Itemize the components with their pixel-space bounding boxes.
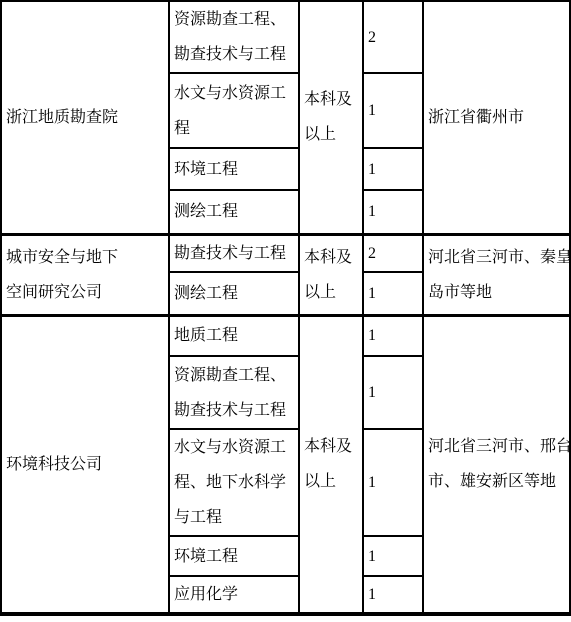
education-cell: 本科及 以上 bbox=[299, 315, 363, 614]
company-cell: 环境科技公司 bbox=[1, 315, 169, 614]
count-cell: 1 bbox=[363, 536, 423, 576]
count-cell: 1 bbox=[363, 190, 423, 234]
major-cell: 资源勘查工程、 勘查技术与工程 bbox=[169, 1, 299, 73]
count-cell: 1 bbox=[363, 148, 423, 190]
major-cell: 测绘工程 bbox=[169, 190, 299, 234]
count-cell: 1 bbox=[363, 429, 423, 536]
count-cell: 2 bbox=[363, 234, 423, 272]
education-cell: 本科及 以上 bbox=[299, 234, 363, 315]
location-cell: 河北省三河市、邢台 市、雄安新区等地 bbox=[423, 315, 570, 614]
major-cell: 勘查技术与工程 bbox=[169, 234, 299, 272]
recruitment-table: 浙江地质勘查院 资源勘查工程、 勘查技术与工程 本科及 以上 2 浙江省衢州市 … bbox=[0, 0, 571, 616]
major-cell: 地质工程 bbox=[169, 315, 299, 356]
major-cell: 测绘工程 bbox=[169, 272, 299, 315]
page: 浙江地质勘查院 资源勘查工程、 勘查技术与工程 本科及 以上 2 浙江省衢州市 … bbox=[0, 0, 571, 622]
company-cell: 浙江地质勘查院 bbox=[1, 1, 169, 234]
table-row: 城市安全与地下 空间研究公司 勘查技术与工程 本科及 以上 2 河北省三河市、秦… bbox=[1, 234, 570, 272]
major-cell: 环境工程 bbox=[169, 148, 299, 190]
major-cell: 应用化学 bbox=[169, 576, 299, 614]
education-cell: 本科及 以上 bbox=[299, 1, 363, 234]
location-cell: 浙江省衢州市 bbox=[423, 1, 570, 234]
count-cell: 1 bbox=[363, 576, 423, 614]
count-cell: 1 bbox=[363, 73, 423, 148]
table-row: 环境科技公司 地质工程 本科及 以上 1 河北省三河市、邢台 市、雄安新区等地 bbox=[1, 315, 570, 356]
location-cell: 河北省三河市、秦皇 岛市等地 bbox=[423, 234, 570, 315]
major-cell: 资源勘查工程、 勘查技术与工程 bbox=[169, 356, 299, 429]
table-row: 浙江地质勘查院 资源勘查工程、 勘查技术与工程 本科及 以上 2 浙江省衢州市 bbox=[1, 1, 570, 73]
count-cell: 2 bbox=[363, 1, 423, 73]
count-cell: 1 bbox=[363, 315, 423, 356]
count-cell: 1 bbox=[363, 272, 423, 315]
company-cell: 城市安全与地下 空间研究公司 bbox=[1, 234, 169, 315]
major-cell: 水文与水资源工 程、地下水科学 与工程 bbox=[169, 429, 299, 536]
count-cell: 1 bbox=[363, 356, 423, 429]
major-cell: 水文与水资源工 程 bbox=[169, 73, 299, 148]
major-cell: 环境工程 bbox=[169, 536, 299, 576]
